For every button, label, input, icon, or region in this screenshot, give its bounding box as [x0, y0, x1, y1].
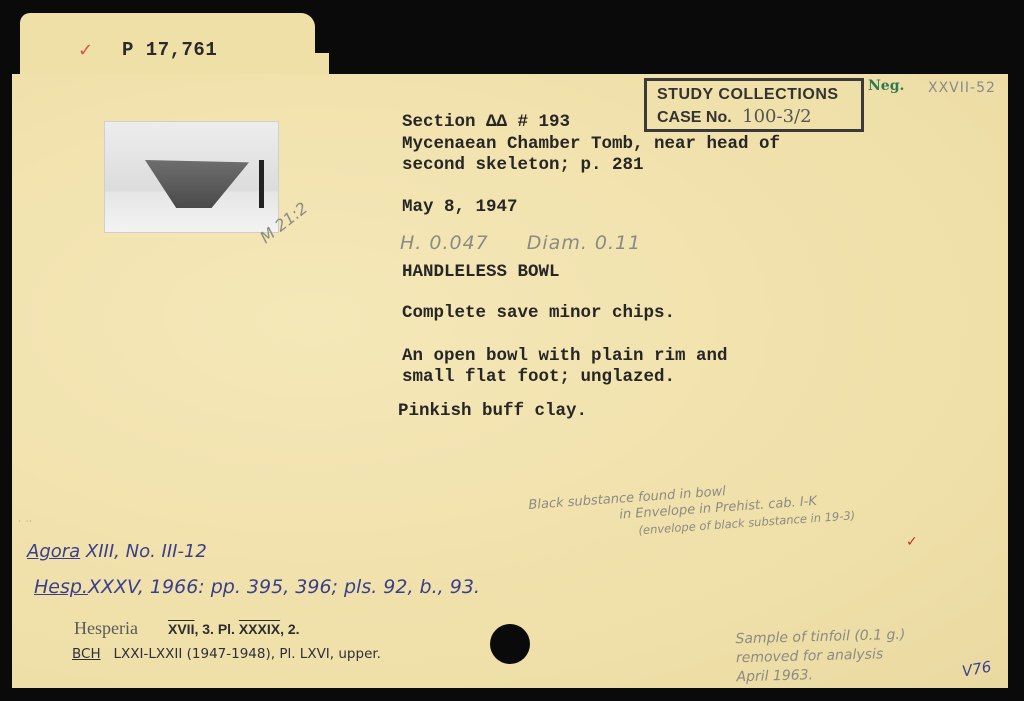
bowl-image [145, 160, 249, 208]
study-collections-stamp: STUDY COLLECTIONS CASE No. 100-3/2 [644, 78, 864, 132]
scale-bar [259, 160, 264, 208]
agora-reference: Agora XIII, No. III-12 [27, 541, 207, 562]
object-name: HANDLELESS BOWL [402, 262, 560, 283]
case-label: CASE No. [657, 109, 732, 126]
agora-ref: XIII, No. III-12 [86, 541, 207, 562]
punch-hole [490, 624, 530, 664]
check-mark-icon: ✓ [78, 40, 93, 61]
hesperia-plate: XXXIX [239, 621, 280, 637]
negative-number: XXVII-52 [928, 80, 996, 96]
context-line-1: Mycenaean Chamber Tomb, near head of [402, 134, 780, 155]
hesperia-volume: XVII [168, 621, 194, 637]
hesp-ref: XXXV, 1966: pp. 395, 396; pls. 92, b., 9… [88, 576, 480, 598]
diameter-value: Diam. 0.11 [527, 232, 641, 254]
bch-reference: BCH LXXI-LXXII (1947-1948), Pl. LXVI, up… [72, 646, 381, 662]
section-line: Section ΔΔ # 193 [402, 112, 570, 133]
description-line-2: small flat foot; unglazed. [402, 367, 675, 388]
condition: Complete save minor chips. [402, 303, 675, 324]
hesp-reference: Hesp.XXXV, 1966: pp. 395, 396; pls. 92, … [34, 576, 480, 598]
sample-note: Sample of tinfoil (0.1 g.) removed for a… [735, 626, 906, 687]
context-line-2: second skeleton; p. 281 [402, 155, 644, 176]
bch-ref: LXXI-LXXII (1947-1948), Pl. LXVI, upper. [113, 646, 381, 662]
description-line-1: An open bowl with plain rim and [402, 346, 728, 367]
catalog-number: P 17,761 [122, 39, 217, 61]
hesperia-end: , 2. [280, 621, 299, 637]
hesperia-mid: , 3. Pl. [194, 621, 234, 637]
case-number: 100-3/2 [742, 106, 811, 127]
hesperia-reference: XVII, 3. Pl. XXXIX, 2. [168, 621, 300, 637]
dimensions: H. 0.047Diam. 0.11 [400, 232, 641, 254]
bch-label: BCH [72, 646, 101, 662]
agora-label: Agora [27, 541, 80, 562]
speck-mark: · ·· [18, 518, 32, 525]
clay-description: Pinkish buff clay. [398, 401, 587, 422]
date: May 8, 1947 [402, 197, 518, 218]
negative-label: Neg. [868, 78, 904, 94]
object-photo [104, 121, 279, 233]
hesperia-label: Hesperia [74, 618, 138, 639]
height-value: H. 0.047 [400, 232, 489, 254]
red-check-icon: ✓ [906, 534, 918, 550]
stamp-title: STUDY COLLECTIONS [657, 86, 861, 104]
stamp-case-row: CASE No. 100-3/2 [657, 106, 861, 127]
hesp-label: Hesp. [34, 576, 88, 598]
